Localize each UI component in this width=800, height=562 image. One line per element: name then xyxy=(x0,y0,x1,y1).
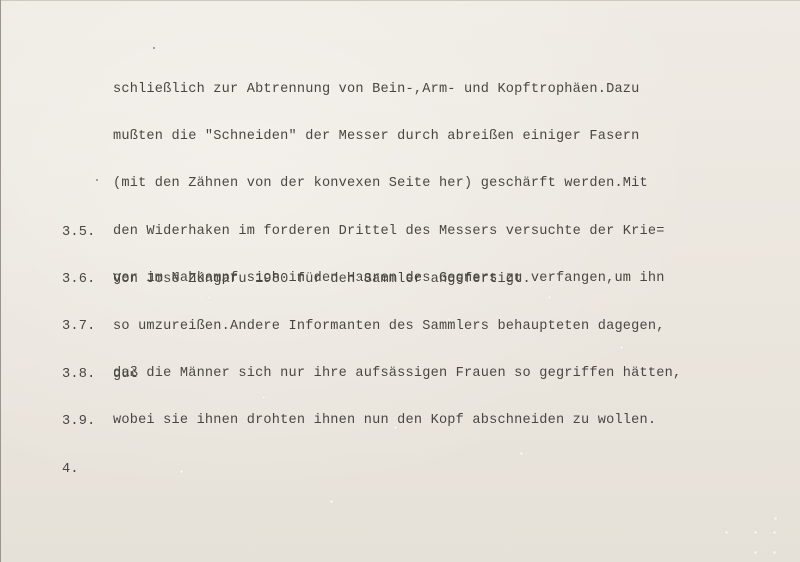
emboss-dot xyxy=(448,318,451,321)
emboss-dot xyxy=(754,531,757,534)
emboss-dot xyxy=(773,551,776,554)
emboss-dot xyxy=(520,452,523,455)
item-3-9: 3.9. xyxy=(62,414,531,430)
ink-speck xyxy=(153,47,155,49)
item-number: 3.8. xyxy=(62,367,113,383)
emboss-dot xyxy=(130,368,133,371)
emboss-dot xyxy=(773,531,776,534)
emboss-dot xyxy=(330,500,333,503)
emboss-dot xyxy=(548,296,551,299)
item-text: gut xyxy=(113,367,138,382)
index-card: schließlich zur Abtrennung von Bein-,Arm… xyxy=(0,0,800,562)
item-3-5: 3.5. xyxy=(62,225,531,241)
emboss-dot xyxy=(725,531,728,534)
emboss-dot xyxy=(754,551,757,554)
paragraph-line: schließlich zur Abtrennung von Bein-,Arm… xyxy=(113,82,681,98)
ink-speck xyxy=(96,179,98,181)
emboss-dot xyxy=(262,396,265,399)
emboss-dot xyxy=(208,296,211,299)
item-4: 4. xyxy=(62,462,531,478)
item-text: Von José Zúngaru 1980 für den Sammler an… xyxy=(113,272,531,287)
item-3-6: 3.6.Von José Zúngaru 1980 für den Sammle… xyxy=(62,272,531,288)
emboss-dot xyxy=(180,470,183,473)
paragraph-line: (mit den Zähnen von der konvexen Seite h… xyxy=(113,176,681,192)
paragraph-line: mußten die "Schneiden" der Messer durch … xyxy=(113,129,681,145)
item-3-7: 3.7. xyxy=(62,319,531,335)
item-number: 3.9. xyxy=(62,414,113,430)
item-number: 3.7. xyxy=(62,319,113,335)
emboss-dot xyxy=(774,517,777,520)
emboss-dot xyxy=(620,346,623,349)
emboss-dot xyxy=(355,276,358,279)
item-number: 4. xyxy=(62,462,113,478)
numbered-items: 3.5. 3.6.Von José Zúngaru 1980 für den S… xyxy=(62,193,531,509)
emboss-dot xyxy=(394,426,397,429)
item-number: 3.5. xyxy=(62,225,113,241)
item-number: 3.6. xyxy=(62,272,113,288)
